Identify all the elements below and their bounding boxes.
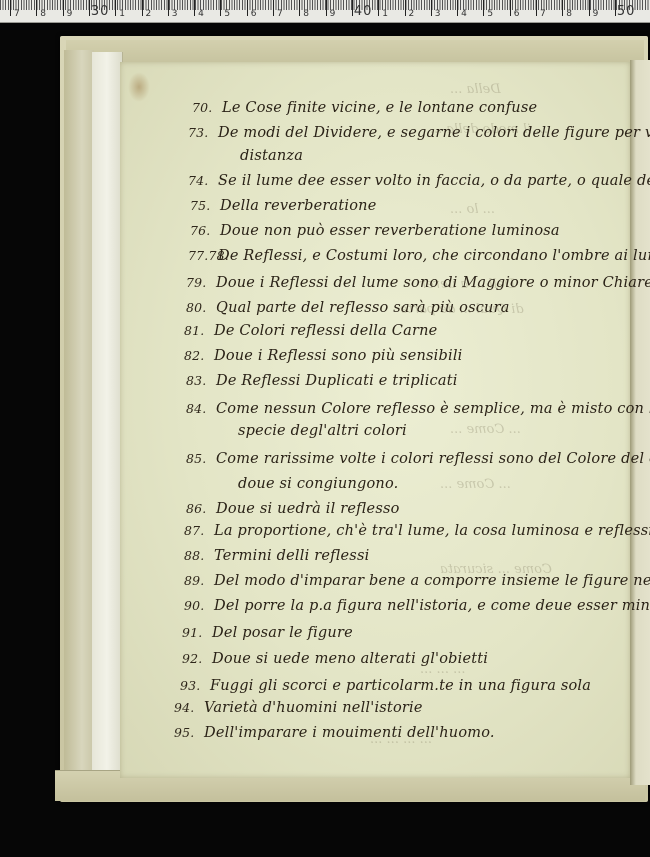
photo-stage: 789301234567894012345678950 Della ... ..…	[0, 0, 650, 857]
index-entry: 90.Del porre la p.a figura nell'istoria,…	[184, 597, 650, 615]
entry-number: 93.	[180, 677, 210, 695]
ruler-label: 2	[146, 8, 152, 20]
index-entry: 95.Dell'imparare i mouimenti dell'huomo.	[174, 724, 495, 742]
entry-text: De Colori reflessi della Carne	[214, 323, 437, 339]
index-entry-continuation: distanza	[188, 147, 303, 165]
water-stain	[128, 72, 150, 102]
ruler-major-tick	[273, 0, 274, 16]
ruler-major-tick	[299, 0, 300, 16]
ruler-label: 9	[593, 8, 599, 20]
ruler-major-tick	[615, 0, 616, 16]
ruler-major-tick	[510, 0, 511, 16]
index-entry: 70.Le Cose finite vicine, e le lontane c…	[192, 99, 537, 117]
ruler-major-tick	[352, 0, 353, 16]
index-entry-continuation: specie degl'altri colori	[186, 422, 407, 440]
entry-text: Le Cose finite vicine, e le lontane conf…	[222, 100, 537, 116]
entry-text: Se il lume dee esser volto in faccia, o …	[218, 173, 650, 189]
ink-bleed-through: ... lo ...	[450, 202, 495, 217]
ruler-major-tick	[168, 0, 169, 16]
ruler-major-tick	[142, 0, 143, 16]
index-entry: 89.Del modo d'imparar bene a comporre in…	[184, 572, 650, 590]
index-entry: 75.Della reverberatione	[190, 197, 377, 215]
entry-number: 95.	[174, 724, 204, 742]
ruler-label: 4	[198, 8, 204, 20]
ruler-label: 5	[487, 8, 493, 20]
ink-bleed-through: Della ...	[450, 82, 501, 97]
ruler-major-tick	[36, 0, 37, 16]
entry-text: Doue i Reflessi del lume sono di Maggior…	[216, 275, 650, 291]
entry-text: Come rarissime volte i colori reflessi s…	[216, 451, 650, 467]
entry-text: La proportione, ch'è tra'l lume, la cosa…	[214, 523, 650, 539]
entry-number: 87.	[184, 522, 214, 540]
entry-text: Doue i Reflessi sono più sensibili	[214, 348, 463, 364]
adjacent-page-edge	[630, 60, 650, 785]
measuring-ruler: 789301234567894012345678950	[0, 0, 650, 23]
entry-number: 85.	[186, 450, 216, 468]
entry-text: specie degl'altri colori	[186, 423, 407, 439]
entry-number: 88.	[184, 547, 214, 565]
ruler-label: 4	[461, 8, 467, 20]
ink-bleed-through: ... Come ...	[450, 422, 521, 437]
ruler-major-tick	[247, 0, 248, 16]
entry-text: Come nessun Colore reflesso è semplice, …	[216, 401, 650, 417]
entry-number: 79.	[186, 274, 216, 292]
entry-number: 76.	[190, 222, 220, 240]
entry-number: 84.	[186, 400, 216, 418]
entry-text: Della reverberatione	[220, 198, 377, 214]
index-entry: 93.Fuggi gli scorci e particolarm.te in …	[180, 677, 591, 695]
ruler-label: 2	[409, 8, 415, 20]
entry-text: Dell'imparare i mouimenti dell'huomo.	[204, 725, 495, 741]
entry-number: 83.	[186, 372, 216, 390]
ruler-label: 7	[277, 8, 283, 20]
entry-number: 86.	[186, 500, 216, 518]
ruler-label: 1	[119, 8, 125, 20]
ink-bleed-through: ... Come ...	[440, 477, 511, 492]
entry-text: De Reflessi Duplicati e triplicati	[216, 373, 458, 389]
entry-number: 74.	[188, 172, 218, 190]
entry-text: Fuggi gli scorci e particolarm.te in una…	[210, 678, 591, 694]
entry-number: 70.	[192, 99, 222, 117]
ruler-label: 8	[566, 8, 572, 20]
ruler-label: 9	[67, 8, 73, 20]
ruler-major-tick	[63, 0, 64, 16]
entry-number: 80.	[186, 299, 216, 317]
manuscript-page: Della ... ... il modo della ... ... lo .…	[120, 62, 630, 778]
index-entry: 77.78.De Reflessi, e Costumi loro, che c…	[188, 247, 650, 265]
ruler-major-tick	[326, 0, 327, 16]
entry-text: distanza	[188, 148, 303, 164]
ruler-major-tick	[378, 0, 379, 16]
binding-left-edge	[64, 50, 94, 790]
entry-text: Doue si uede meno alterati gl'obietti	[212, 651, 488, 667]
entry-text: Qual parte del reflesso sarà più oscura	[216, 300, 510, 316]
ruler-label: 6	[251, 8, 257, 20]
index-entry: 88.Termini delli reflessi	[184, 547, 369, 565]
entry-text: doue si congiungono.	[186, 476, 398, 492]
entry-text: Doue si uedrà il reflesso	[216, 501, 400, 517]
ruler-label: 7	[14, 8, 20, 20]
guard-strip	[92, 52, 123, 782]
entry-number: 75.	[190, 197, 220, 215]
ruler-label: 3	[172, 8, 178, 20]
index-entry: 83.De Reflessi Duplicati e triplicati	[186, 372, 458, 390]
ruler-label: 9	[330, 8, 336, 20]
index-entry: 82.Doue i Reflessi sono più sensibili	[184, 347, 463, 365]
ruler-label: 40	[354, 6, 373, 18]
index-entry: 76.Doue non può esser reverberatione lum…	[190, 222, 560, 240]
index-entry: 80.Qual parte del reflesso sarà più oscu…	[186, 299, 510, 317]
index-entry-continuation: doue si congiungono.	[186, 475, 398, 493]
entry-text: De modi del Dividere, e segarne i colori…	[218, 125, 650, 141]
ruler-major-tick	[10, 0, 11, 16]
entry-number: 81.	[184, 322, 214, 340]
entry-text: Termini delli reflessi	[214, 548, 369, 564]
entry-text: Del modo d'imparar bene a comporre insie…	[214, 573, 650, 589]
entry-number: 91.	[182, 624, 212, 642]
ruler-label: 8	[40, 8, 46, 20]
entry-text: Varietà d'huomini nell'istorie	[204, 700, 423, 716]
ruler-label: 1	[382, 8, 388, 20]
ruler-major-tick	[89, 0, 90, 16]
index-entry: 84.Come nessun Colore reflesso è semplic…	[186, 400, 650, 418]
ruler-label: 50	[617, 6, 636, 18]
ruler-major-tick	[115, 0, 116, 16]
index-entry: 86.Doue si uedrà il reflesso	[186, 500, 400, 518]
entry-number: 94.	[174, 699, 204, 717]
index-entry: 74.Se il lume dee esser volto in faccia,…	[188, 172, 650, 190]
entry-text: Del posar le figure	[212, 625, 353, 641]
ruler-major-tick	[431, 0, 432, 16]
entry-text: Doue non può esser reverberatione lumino…	[220, 223, 560, 239]
ruler-label: 5	[224, 8, 230, 20]
entry-number: 90.	[184, 597, 214, 615]
ruler-label: 30	[91, 6, 110, 18]
ruler-major-tick	[536, 0, 537, 16]
index-entry: 87.La proportione, ch'è tra'l lume, la c…	[184, 522, 650, 540]
ruler-major-tick	[405, 0, 406, 16]
entry-number: 89.	[184, 572, 214, 590]
index-entry: 81.De Colori reflessi della Carne	[184, 322, 437, 340]
index-entry: 92.Doue si uede meno alterati gl'obietti	[182, 650, 488, 668]
entry-text: Del porre la p.a figura nell'istoria, e …	[214, 598, 650, 614]
ruler-label: 6	[514, 8, 520, 20]
ruler-label: 3	[435, 8, 441, 20]
entry-text: De Reflessi, e Costumi loro, che circond…	[218, 248, 650, 264]
ruler-major-tick	[483, 0, 484, 16]
entry-number: 77.78.	[188, 247, 218, 265]
index-entry: 91.Del posar le figure	[182, 624, 353, 642]
ruler-label: 7	[540, 8, 546, 20]
index-entry: 85.Come rarissime volte i colori refless…	[186, 450, 650, 468]
ruler-major-tick	[562, 0, 563, 16]
ruler-major-tick	[457, 0, 458, 16]
ruler-major-tick	[589, 0, 590, 16]
entry-number: 82.	[184, 347, 214, 365]
index-entry: 94.Varietà d'huomini nell'istorie	[174, 699, 423, 717]
index-entry: 79.Doue i Reflessi del lume sono di Magg…	[186, 274, 650, 292]
binding-top-edge	[66, 40, 644, 63]
entry-number: 92.	[182, 650, 212, 668]
entry-number: 73.	[188, 124, 218, 142]
ruler-label: 8	[303, 8, 309, 20]
ruler-major-tick	[194, 0, 195, 16]
ruler-major-tick	[220, 0, 221, 16]
index-entry: 73.De modi del Dividere, e segarne i col…	[188, 124, 650, 142]
